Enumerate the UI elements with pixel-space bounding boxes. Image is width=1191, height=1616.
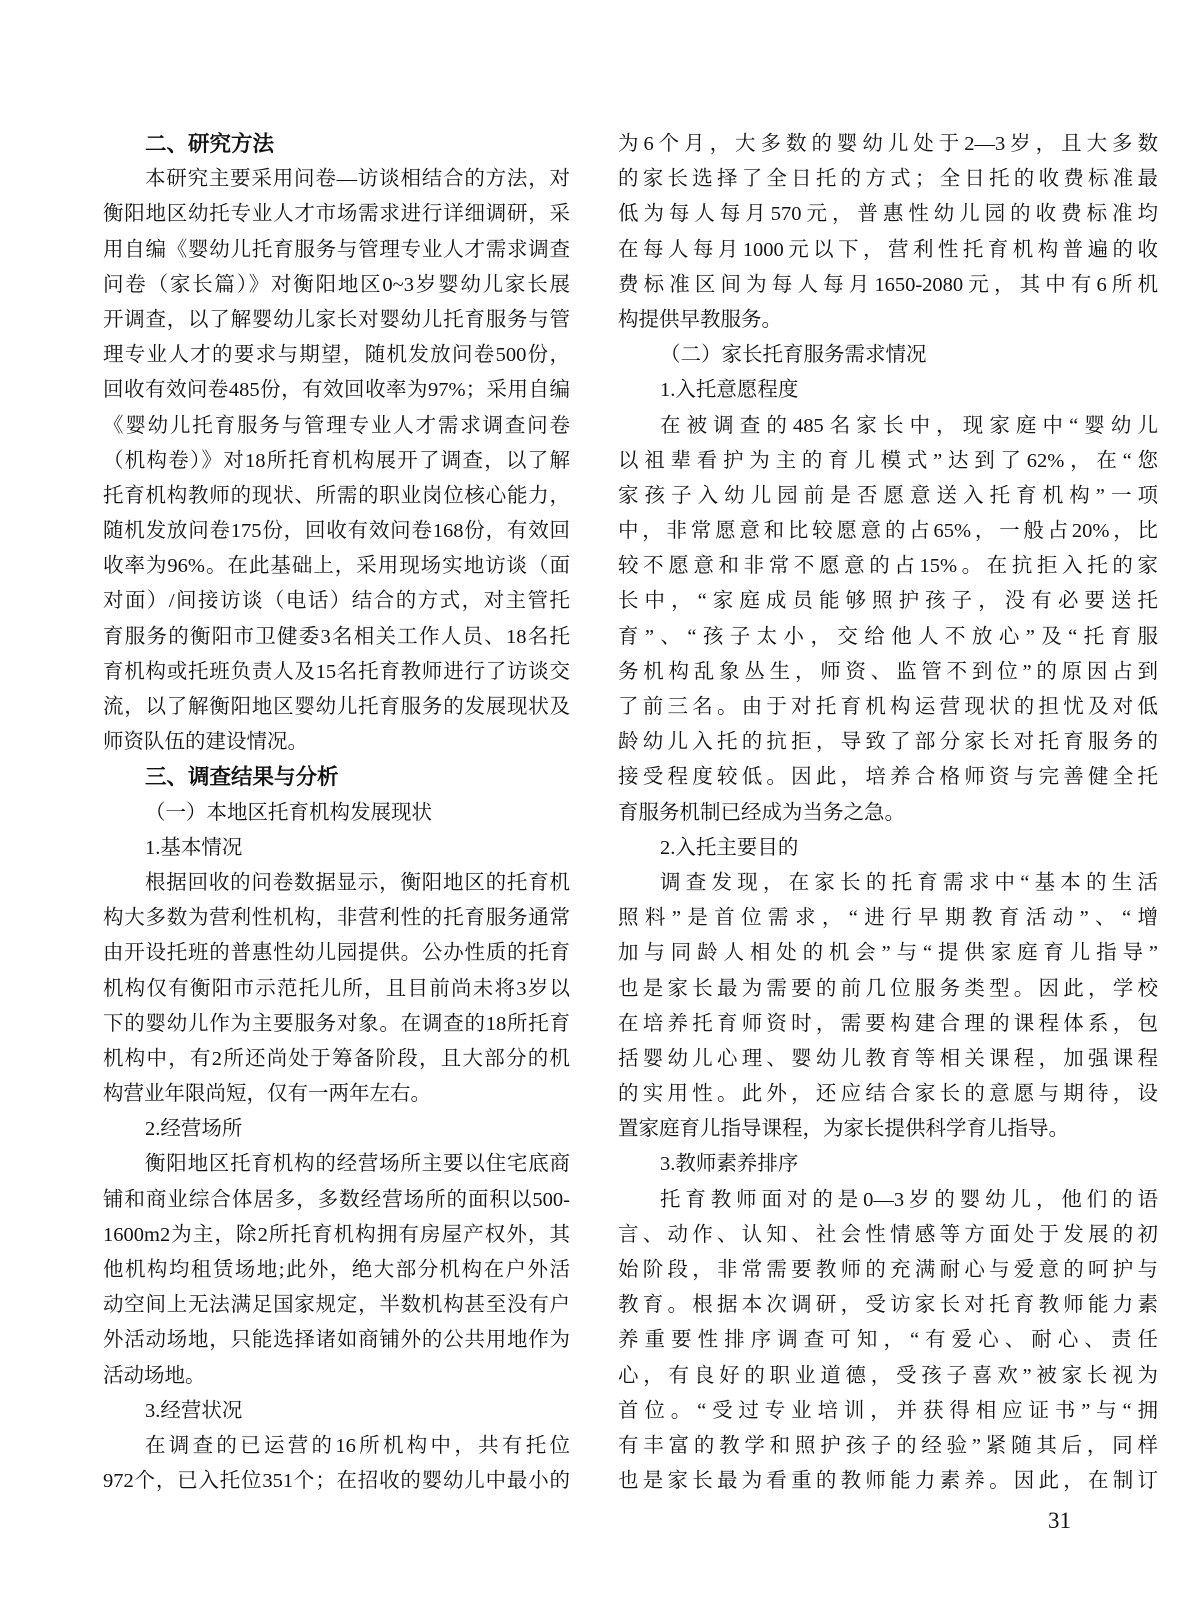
- section-heading: 三、调查结果与分析: [103, 760, 570, 795]
- text-line: 1.基本情况: [103, 831, 570, 866]
- text-line: 括婴幼儿心理、婴幼儿教育等相关课程，加强课程: [618, 1042, 1158, 1077]
- text-line: 费标准区间为每人每月1650-2080元，其中有6所机: [618, 268, 1158, 303]
- text-line: 铺和商业综合体居多，多数经营场所的面积以500-: [103, 1183, 570, 1218]
- text-line: 育服务的衡阳市卫健委3名相关工作人员、18名托: [103, 620, 570, 655]
- text-line: 的实用性。此外，还应结合家长的意愿与期待，设: [618, 1077, 1158, 1112]
- text-line: 言、动作、认知、社会性情感等方面处于发展的初: [618, 1218, 1158, 1253]
- text-line: 以祖辈看护为主的育儿模式”达到了62%，在“您: [618, 444, 1158, 479]
- text-line: 养重要性排序调查可知，“有爱心、耐心、责任: [618, 1323, 1158, 1358]
- text-line: 始阶段，非常需要教师的充满耐心与爱意的呵护与: [618, 1253, 1158, 1288]
- text-line: 动空间上无法满足国家规定，半数机构甚至没有户: [103, 1288, 570, 1323]
- text-line: 3.经营状况: [103, 1394, 570, 1429]
- text-line: 流，以了解衡阳地区婴幼儿托育服务的发展现状及: [103, 690, 570, 725]
- text-line: 在培养托育师资时，需要构建合理的课程体系，包: [618, 1007, 1158, 1042]
- text-line: 低为每人每月570元，普惠性幼儿园的收费标准均: [618, 197, 1158, 232]
- text-line: 1.入托意愿程度: [618, 373, 1158, 408]
- text-line: 长中，“家庭成员能够照护孩子，没有必要送托: [618, 584, 1158, 619]
- document-page: 二、研究方法本研究主要采用问卷—访谈相结合的方法，对衡阳地区幼托专业人才市场需求…: [0, 0, 1191, 1616]
- text-line: 回收有效问卷485份，有效回收率为97%；采用自编: [103, 373, 570, 408]
- text-line: 在每人每月1000元以下，营利性托育机构普遍的收: [618, 233, 1158, 268]
- text-line: 衡阳地区幼托专业人才市场需求进行详细调研，采: [103, 197, 570, 232]
- text-line: 照料”是首位需求，“进行早期教育活动”、“增: [618, 901, 1158, 936]
- text-line: 师资队伍的建设情况。: [103, 725, 570, 760]
- text-line: 托育机构教师的现状、所需的职业岗位核心能力，: [103, 479, 570, 514]
- text-line: 了前三名。由于对托育机构运营现状的担忧及对低: [618, 690, 1158, 725]
- text-line: 较不愿意和非常不愿意的占15%。在抗拒入托的家: [618, 549, 1158, 584]
- text-line: 为6个月，大多数的婴幼儿处于2—3岁，且大多数: [618, 127, 1158, 162]
- text-line: 在被调查的485名家长中，现家庭中“婴幼儿: [618, 409, 1158, 444]
- text-line: 根据回收的问卷数据显示，衡阳地区的托育机: [103, 866, 570, 901]
- text-line: 家孩子入幼儿园前是否愿意送入托育机构”一项: [618, 479, 1158, 514]
- text-line: 置家庭育儿指导课程，为家长提供科学育儿指导。: [618, 1112, 1158, 1147]
- section-heading: 二、研究方法: [103, 127, 570, 162]
- text-line: 随机发放问卷175份，回收有效问卷168份，有效回: [103, 514, 570, 549]
- text-line: 衡阳地区托育机构的经营场所主要以住宅底商: [103, 1147, 570, 1182]
- text-line: 问卷（家长篇）》对衡阳地区0~3岁婴幼儿家长展: [103, 268, 570, 303]
- text-line: 育机构或托班负责人及15名托育教师进行了访谈交: [103, 655, 570, 690]
- text-line: 在调查的已运营的16所机构中，共有托位: [103, 1429, 570, 1464]
- text-line: 本研究主要采用问卷—访谈相结合的方法，对: [103, 162, 570, 197]
- text-line: 活动场地。: [103, 1359, 570, 1394]
- page-number: 31: [1048, 1508, 1071, 1534]
- text-line: 构提供早教服务。: [618, 303, 1158, 338]
- text-line: 教育。根据本次调研，受访家长对托育教师能力素: [618, 1288, 1158, 1323]
- text-line: 3.教师素养排序: [618, 1147, 1158, 1182]
- text-line: 首位。“受过专业培训，并获得相应证书”与“拥: [618, 1394, 1158, 1429]
- text-line: 托育教师面对的是0—3岁的婴幼儿，他们的语: [618, 1183, 1158, 1218]
- text-line: 2.经营场所: [103, 1112, 570, 1147]
- text-line: 育”、“孩子太小，交给他人不放心”及“托育服: [618, 620, 1158, 655]
- text-column-left: 二、研究方法本研究主要采用问卷—访谈相结合的方法，对衡阳地区幼托专业人才市场需求…: [103, 127, 570, 1499]
- text-line: 机构中，有2所还尚处于筹备阶段，且大部分的机: [103, 1042, 570, 1077]
- text-line: 中，非常愿意和比较愿意的占65%，一般占20%，比: [618, 514, 1158, 549]
- text-line: 龄幼儿入托的抗拒，导致了部分家长对托育服务的: [618, 725, 1158, 760]
- text-line: 1600m2为主，除2所托育机构拥有房屋产权外，其: [103, 1218, 570, 1253]
- text-line: 务机构乱象丛生，师资、监管不到位”的原因占到: [618, 655, 1158, 690]
- text-line: 下的婴幼儿作为主要服务对象。在调查的18所托育: [103, 1007, 570, 1042]
- text-line: 用自编《婴幼儿托育服务与管理专业人才需求调查: [103, 233, 570, 268]
- text-line: 对面）/间接访谈（电话）结合的方式，对主管托: [103, 584, 570, 619]
- text-line: 也是家长最为看重的教师能力素养。因此，在制订: [618, 1464, 1158, 1499]
- text-line: 理专业人才的要求与期望，随机发放问卷500份，: [103, 338, 570, 373]
- text-line: 972个，已入托位351个；在招收的婴幼儿中最小的: [103, 1464, 570, 1499]
- text-line: 收率为96%。在此基础上，采用现场实地访谈（面: [103, 549, 570, 584]
- text-line: 接受程度较低。因此，培养合格师资与完善健全托: [618, 760, 1158, 795]
- text-line: 育服务机制已经成为当务之急。: [618, 796, 1158, 831]
- text-line: 《婴幼儿托育服务与管理专业人才需求调查问卷: [103, 409, 570, 444]
- text-line: 构营业年限尚短，仅有一两年左右。: [103, 1077, 570, 1112]
- text-line: 的家长选择了全日托的方式；全日托的收费标准最: [618, 162, 1158, 197]
- text-line: （一）本地区托育机构发展现状: [103, 796, 570, 831]
- text-line: （二）家长托育服务需求情况: [618, 338, 1158, 373]
- text-line: 构大多数为营利性机构，非营利性的托育服务通常: [103, 901, 570, 936]
- text-line: 他机构均租赁场地;此外，绝大部分机构在户外活: [103, 1253, 570, 1288]
- text-line: 加与同龄人相处的机会”与“提供家庭育儿指导”: [618, 936, 1158, 971]
- text-line: （机构卷）》对18所托育机构展开了调查，以了解: [103, 444, 570, 479]
- text-line: 调查发现，在家长的托育需求中“基本的生活: [618, 866, 1158, 901]
- text-line: 也是家长最为需要的前几位服务类型。因此，学校: [618, 972, 1158, 1007]
- text-line: 2.入托主要目的: [618, 831, 1158, 866]
- text-line: 心，有良好的职业道德，受孩子喜欢”被家长视为: [618, 1359, 1158, 1394]
- text-line: 由开设托班的普惠性幼儿园提供。公办性质的托育: [103, 936, 570, 971]
- text-line: 开调查，以了解婴幼儿家长对婴幼儿托育服务与管: [103, 303, 570, 338]
- text-line: 外活动场地，只能选择诸如商铺外的公共用地作为: [103, 1323, 570, 1358]
- text-line: 机构仅有衡阳市示范托儿所，且目前尚未将3岁以: [103, 972, 570, 1007]
- text-line: 有丰富的教学和照护孩子的经验”紧随其后，同样: [618, 1429, 1158, 1464]
- text-column-right: 为6个月，大多数的婴幼儿处于2—3岁，且大多数的家长选择了全日托的方式；全日托的…: [618, 127, 1158, 1499]
